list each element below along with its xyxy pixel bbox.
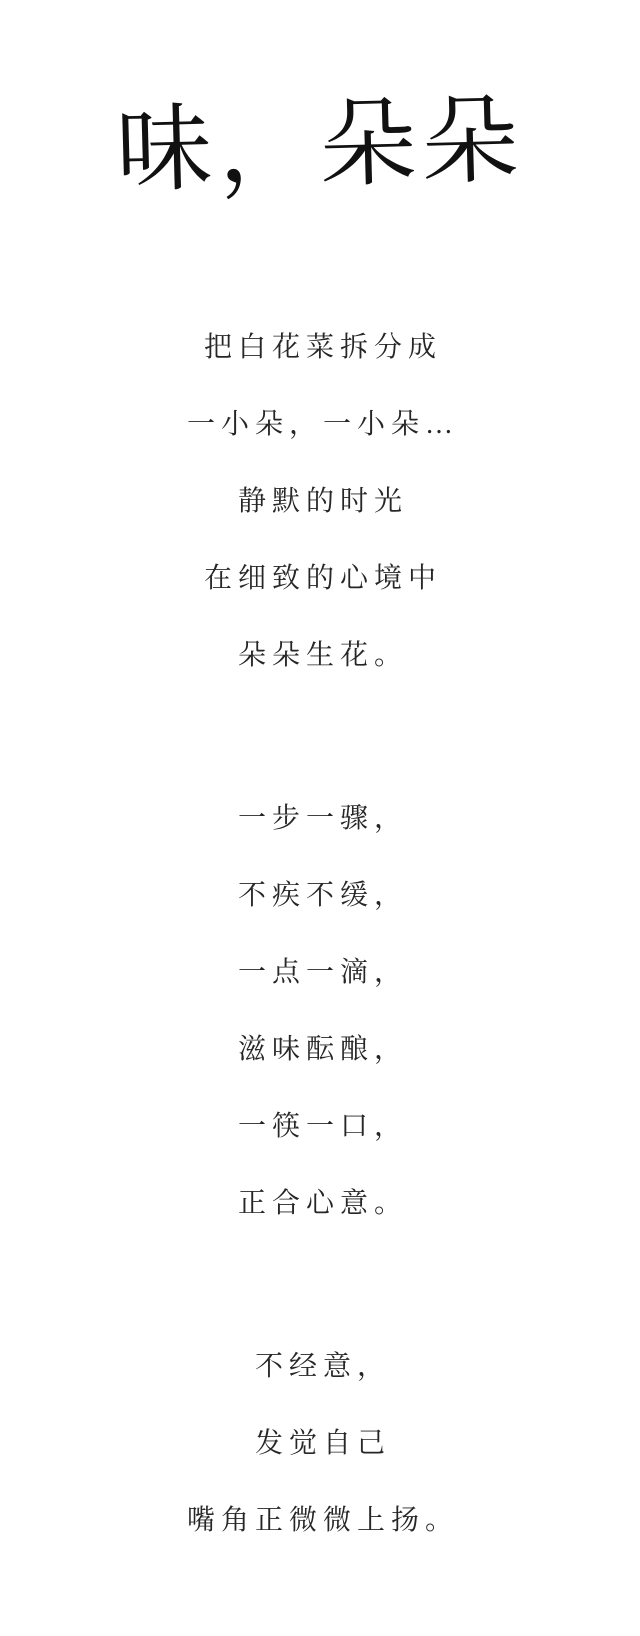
poem-line: 一小朵，一小朵… [0,383,640,460]
poem-line: 正合心意。 [0,1162,640,1239]
poem-line-text: 把白花菜拆分成 [198,325,442,365]
stanza-2: 一步一骤， 不疾不缓， 一点一滴， 滋味酝酿， 一筷一口， 正合心意。 [0,777,640,1239]
poem-line-text: 一点一滴， [232,950,408,990]
poem-line: 静默的时光 [0,460,640,537]
poem-line-text: 静默的时光 [232,479,408,519]
poem-line: 滋味酝酿， [0,1008,640,1085]
poem-line: 一步一骤， [0,777,640,854]
title-area: 味，朵朵 [0,88,640,203]
poem-line-text: 不经意， [249,1344,391,1384]
poem-line: 嘴角正微微上扬。 [0,1479,640,1556]
poem-line: 把白花菜拆分成 [0,306,640,383]
poem-line-text: 一小朵，一小朵… [181,402,459,442]
poem-line-text: 滋味酝酿， [232,1027,408,1067]
poem-line: 一筷一口， [0,1085,640,1162]
poem-line-text: 嘴角正微微上扬。 [181,1498,459,1538]
poem-line-text: 正合心意。 [232,1181,408,1221]
stanza-1: 把白花菜拆分成 一小朵，一小朵… 静默的时光 在细致的心境中 朵朵生花。 [0,306,640,691]
poem-line: 一点一滴， [0,931,640,1008]
poem-line: 在细致的心境中 [0,537,640,614]
poem-line-text: 不疾不缓， [232,873,408,913]
poem-line-text: 发觉自己 [249,1421,391,1461]
poem-line: 不疾不缓， [0,854,640,931]
poem-title: 味，朵朵 [115,83,526,209]
poem-line-text: 一筷一口， [232,1104,408,1144]
poem-line-text: 朵朵生花。 [232,633,408,673]
poem-line: 不经意， [0,1325,640,1402]
poem-card: 味，朵朵 把白花菜拆分成 一小朵，一小朵… 静默的时光 在细致的心境中 朵朵生花… [0,0,640,1636]
poem-line-text: 在细致的心境中 [198,556,442,596]
poem-body: 把白花菜拆分成 一小朵，一小朵… 静默的时光 在细致的心境中 朵朵生花。 一步一… [0,306,640,1556]
poem-line-text: 一步一骤， [232,796,408,836]
poem-line: 发觉自己 [0,1402,640,1479]
stanza-3: 不经意， 发觉自己 嘴角正微微上扬。 [0,1325,640,1556]
poem-line: 朵朵生花。 [0,614,640,691]
